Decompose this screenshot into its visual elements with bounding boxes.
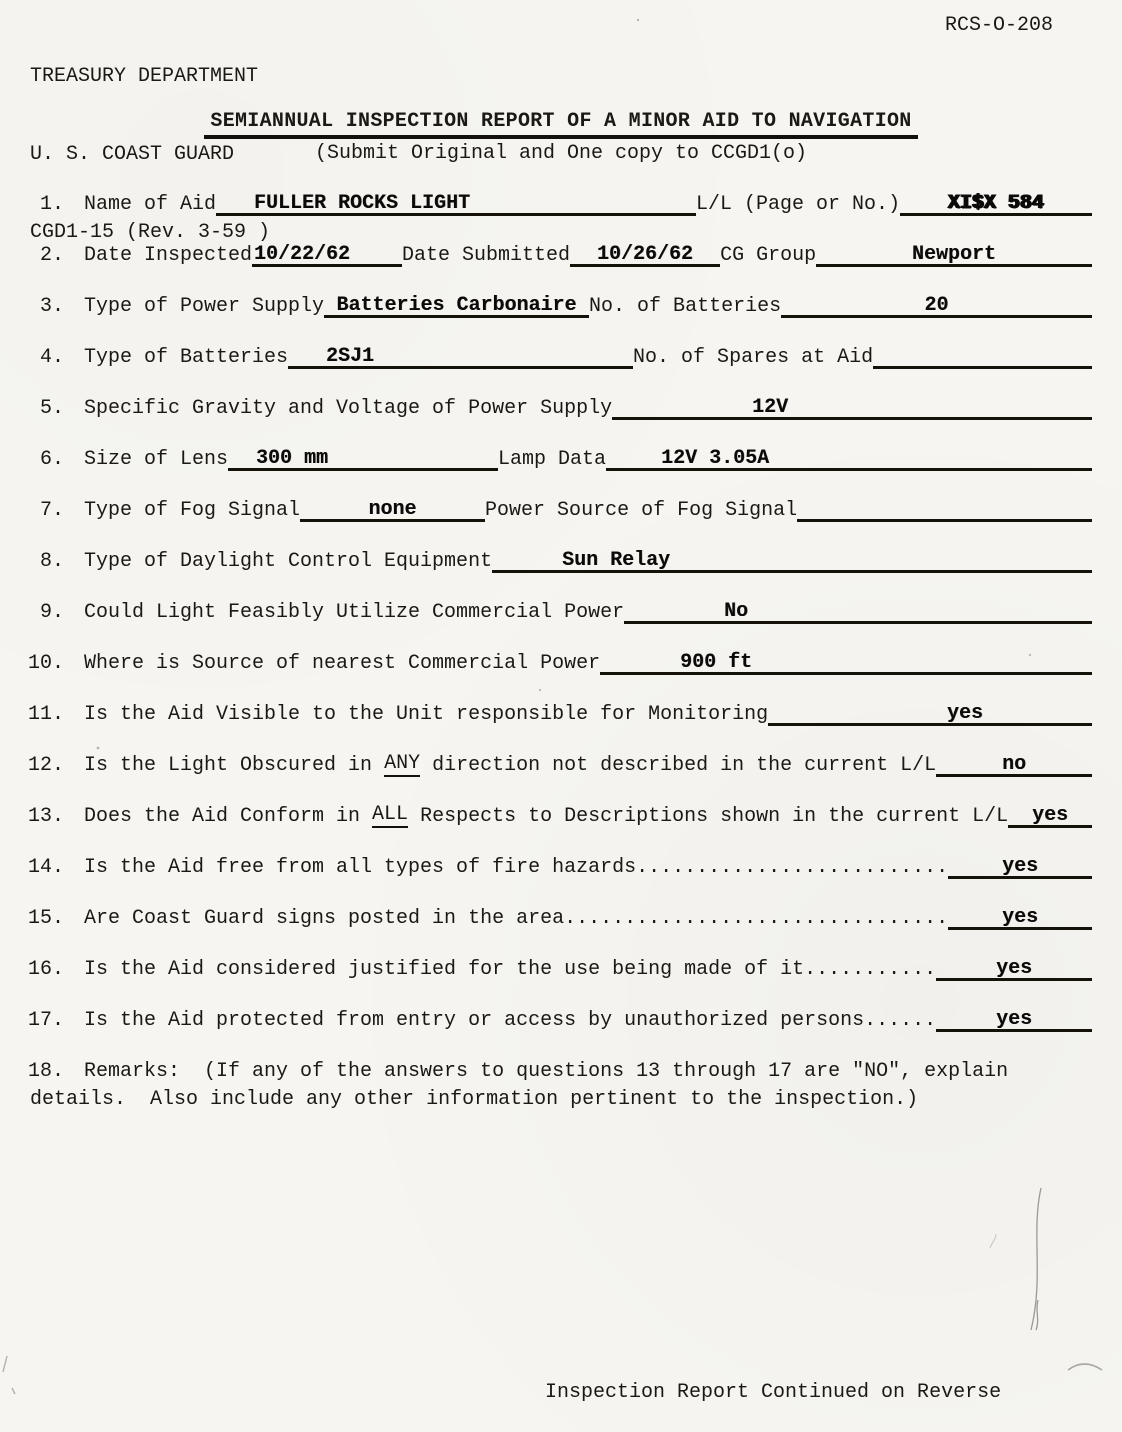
fill-line: none <box>300 498 485 522</box>
fill-value: 900 ft <box>680 651 752 674</box>
question-label: Is the Light Obscured in <box>84 754 384 777</box>
scanned-form-page: TREASURY DEPARTMENT U. S. COAST GUARD CG… <box>0 0 1122 1432</box>
question-label: Remarks: (If any of the answers to quest… <box>84 1060 1008 1083</box>
fill-value: yes <box>947 702 983 725</box>
underlined-word: ALL <box>372 803 408 828</box>
fill-line: yes <box>936 1008 1092 1032</box>
question-label: Could Light Feasibly Utilize Commercial … <box>84 601 624 624</box>
form-row-2: 2.Date Inspected10/22/62Date Submitted10… <box>20 216 1092 267</box>
fill-line: 2SJ1 <box>288 345 633 369</box>
question-label: Is the Aid considered justified for the … <box>84 958 936 981</box>
fill-value: 300 mm <box>256 447 328 470</box>
question-number: 8. <box>20 550 64 573</box>
question-label: Lamp Data <box>498 448 606 471</box>
question-number: 18. <box>20 1060 64 1083</box>
question-label: No. of Spares at Aid <box>633 346 873 369</box>
form-row-14: 14.Is the Aid free from all types of fir… <box>20 828 1092 879</box>
form-row-1: 1.Name of AidFULLER ROCKS LIGHTL/L (Page… <box>20 165 1092 216</box>
fill-value: yes <box>1032 804 1068 827</box>
fill-line: 20 <box>781 294 1092 318</box>
form-row-13: 13.Does the Aid Conform in ALL Respects … <box>20 777 1092 828</box>
fill-value: Sun Relay <box>562 549 670 572</box>
question-number: 15. <box>20 907 64 930</box>
form-row-11: 11.Is the Aid Visible to the Unit respon… <box>20 675 1092 726</box>
fill-line: yes <box>948 906 1092 930</box>
fill-value: yes <box>996 1008 1032 1031</box>
question-number: 7. <box>20 499 64 522</box>
fill-value: yes <box>996 957 1032 980</box>
fill-line: yes <box>936 957 1092 981</box>
scan-speck <box>637 19 639 21</box>
fill-value: FULLER ROCKS LIGHT <box>254 192 470 215</box>
fill-value: none <box>369 498 417 521</box>
fill-line: 12V <box>612 396 1092 420</box>
question-label: direction not described in the current L… <box>420 754 936 777</box>
fill-line: 300 mm <box>228 447 498 471</box>
question-label: Does the Aid Conform in <box>84 805 372 828</box>
question-number: 4. <box>20 346 64 369</box>
fill-line: 900 ft <box>600 651 1092 675</box>
question-label: Name of Aid <box>84 193 216 216</box>
fill-value: 2SJ1 <box>326 345 374 368</box>
fill-line: 10/26/62 <box>570 243 720 267</box>
form-row-7: 7.Type of Fog SignalnonePower Source of … <box>20 471 1092 522</box>
fill-value: yes <box>1002 906 1038 929</box>
question-number: 16. <box>20 958 64 981</box>
fill-line: Sun Relay <box>492 549 1092 573</box>
footer-note: Inspection Report Continued on Reverse <box>545 1381 1001 1404</box>
report-symbol: RCS-O-208 <box>945 14 1053 37</box>
fill-value: no <box>1002 753 1026 776</box>
question-label: L/L (Page or No.) <box>696 193 900 216</box>
form-subtitle: (Submit Original and One copy to CCGD1(o… <box>0 142 1122 165</box>
fill-value: XI$X 584 <box>948 192 1044 215</box>
question-number: 14. <box>20 856 64 879</box>
form-row-17: 17.Is the Aid protected from entry or ac… <box>20 981 1092 1032</box>
fill-line: FULLER ROCKS LIGHT <box>216 192 696 216</box>
fill-line: Newport <box>816 243 1092 267</box>
question-number: 11. <box>20 703 64 726</box>
remarks-continuation: details. Also include any other informat… <box>30 1088 1092 1111</box>
form-row-16: 16.Is the Aid considered justified for t… <box>20 930 1092 981</box>
question-label: Type of Batteries <box>84 346 288 369</box>
question-label: No. of Batteries <box>589 295 781 318</box>
underlined-word: ANY <box>384 752 420 777</box>
fill-line: 10/22/62 <box>252 243 402 267</box>
form-row-15: 15.Are Coast Guard signs posted in the a… <box>20 879 1092 930</box>
question-label: Type of Daylight Control Equipment <box>84 550 492 573</box>
agency-line-1: TREASURY DEPARTMENT <box>30 64 270 90</box>
fill-value: 10/22/62 <box>254 243 350 266</box>
question-number: 3. <box>20 295 64 318</box>
title-block: SEMIANNUAL INSPECTION REPORT OF A MINOR … <box>0 110 1122 165</box>
fill-line <box>873 358 1092 369</box>
fill-line: yes <box>1008 804 1092 828</box>
question-number: 6. <box>20 448 64 471</box>
question-label: Date Inspected <box>84 244 252 267</box>
question-label: CG Group <box>720 244 816 267</box>
question-number: 13. <box>20 805 64 828</box>
fill-line: XI$X 584 <box>900 192 1092 216</box>
question-number: 2. <box>20 244 64 267</box>
question-number: 5. <box>20 397 64 420</box>
form-body: 1.Name of AidFULLER ROCKS LIGHTL/L (Page… <box>20 165 1092 1111</box>
form-row-6: 6.Size of Lens300 mmLamp Data12V 3.05A <box>20 420 1092 471</box>
fill-value: 12V 3.05A <box>661 447 769 470</box>
question-label: Where is Source of nearest Commercial Po… <box>84 652 600 675</box>
question-label: Date Submitted <box>402 244 570 267</box>
question-label: Is the Aid Visible to the Unit responsib… <box>84 703 768 726</box>
question-label: Type of Fog Signal <box>84 499 300 522</box>
question-label: Are Coast Guard signs posted in the area… <box>84 907 948 930</box>
scan-speck <box>990 1234 996 1248</box>
form-row-9: 9.Could Light Feasibly Utilize Commercia… <box>20 573 1092 624</box>
fill-line: no <box>936 753 1092 777</box>
question-number: 17. <box>20 1009 64 1032</box>
question-number: 9. <box>20 601 64 624</box>
fill-value: yes <box>1002 855 1038 878</box>
question-number: 1. <box>20 193 64 216</box>
form-row-12: 12.Is the Light Obscured in ANY directio… <box>20 726 1092 777</box>
form-row-18: 18.Remarks: (If any of the answers to qu… <box>20 1032 1092 1083</box>
question-number: 10. <box>20 652 64 675</box>
form-title: SEMIANNUAL INSPECTION REPORT OF A MINOR … <box>204 110 917 139</box>
fill-line: yes <box>768 702 1092 726</box>
fill-line: Batteries Carbonaire <box>324 294 589 318</box>
fill-value: 10/26/62 <box>597 243 693 266</box>
form-row-10: 10.Where is Source of nearest Commercial… <box>20 624 1092 675</box>
question-label: Is the Aid free from all types of fire h… <box>84 856 948 879</box>
fill-line: yes <box>948 855 1092 879</box>
form-row-5: 5.Specific Gravity and Voltage of Power … <box>20 369 1092 420</box>
question-label: Respects to Descriptions shown in the cu… <box>408 805 1008 828</box>
fill-value: 20 <box>925 294 949 317</box>
fill-value: No <box>724 600 748 623</box>
form-row-4: 4.Type of Batteries2SJ1No. of Spares at … <box>20 318 1092 369</box>
scan-crease-mark <box>1031 1188 1041 1330</box>
form-row-3: 3.Type of Power SupplyBatteries Carbonai… <box>20 267 1092 318</box>
scan-edge-mark <box>3 1356 15 1394</box>
question-label: Specific Gravity and Voltage of Power Su… <box>84 397 612 420</box>
fill-value: Batteries Carbonaire <box>337 294 577 317</box>
question-number: 12. <box>20 754 64 777</box>
fill-line: 12V 3.05A <box>606 447 1092 471</box>
fill-line <box>797 511 1092 522</box>
fill-value: 12V <box>752 396 788 419</box>
question-label: Is the Aid protected from entry or acces… <box>84 1009 936 1032</box>
question-label: Size of Lens <box>84 448 228 471</box>
fill-line: No <box>624 600 1092 624</box>
question-label: Type of Power Supply <box>84 295 324 318</box>
question-label: Power Source of Fog Signal <box>485 499 797 522</box>
fill-value: Newport <box>912 243 996 266</box>
scan-squiggle-mark <box>1068 1364 1102 1370</box>
form-row-8: 8.Type of Daylight Control EquipmentSun … <box>20 522 1092 573</box>
